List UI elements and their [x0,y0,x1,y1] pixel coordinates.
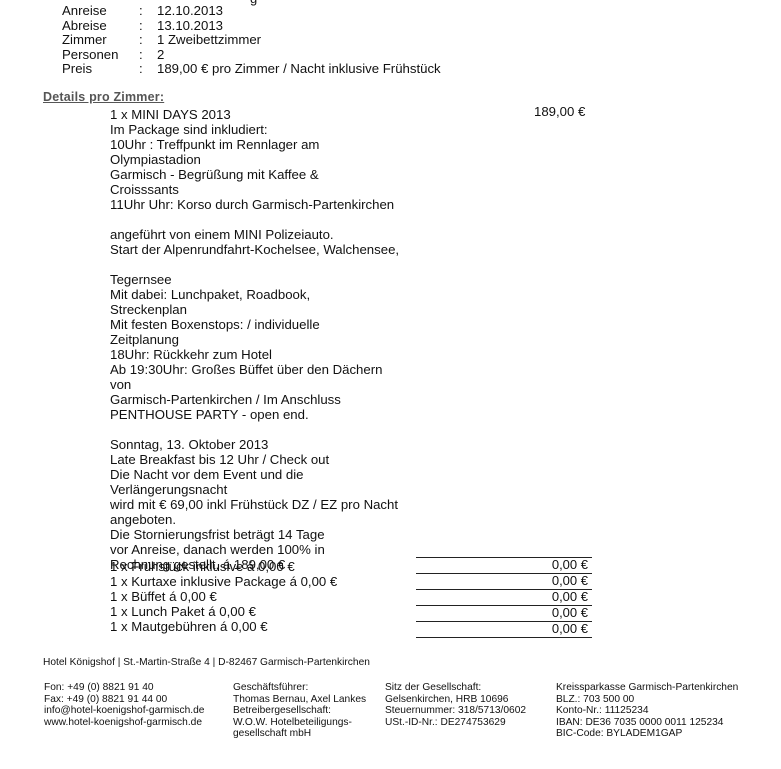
booking-value: 12.10.2013 [157,3,223,18]
line-item-amount: 0,00 € [552,558,588,572]
footer-bank-line: Kreissparkasse Garmisch-Partenkirchen [556,682,738,694]
package-line: Mit dabei: Lunchpaket, Roadbook, [110,287,399,302]
package-line: von [110,377,399,392]
footer-management-line: Geschäftsführer: [233,682,366,694]
amount-row: 0,00 € [416,557,592,573]
package-line: vor Anreise, danach werden 100% in [110,542,399,557]
package-line: Die Stornierungsfrist beträgt 14 Tage [110,527,399,542]
booking-label: Preis [62,61,92,76]
footer-company-line: Sitz der Gesellschaft: [385,682,526,694]
footer-contact-line: www.hotel-koenigshof-garmisch.de [44,717,204,729]
package-line: 11Uhr Uhr: Korso durch Garmisch-Partenki… [110,197,399,212]
package-line [110,257,399,272]
footer-company-line: Steuernummer: 318/5713/0602 [385,705,526,717]
footer-contact-line: Fon: +49 (0) 8821 91 40 [44,682,204,694]
package-price: 189,00 € [534,104,585,119]
package-line: Garmisch-Partenkirchen / Im Anschluss [110,392,399,407]
footer-company-line: Gelsenkirchen, HRB 10696 [385,694,526,706]
package-line [110,212,399,227]
package-line: Verlängerungsnacht [110,482,399,497]
amount-column: 0,00 €0,00 €0,00 €0,00 €0,00 € [416,557,592,638]
package-line: Start der Alpenrundfahrt-Kochelsee, Walc… [110,242,399,257]
package-line: Die Nacht vor dem Event und die [110,467,399,482]
footer-company: Sitz der Gesellschaft:Gelsenkirchen, HRB… [385,682,526,728]
package-line: Olympiastadion [110,152,399,167]
booking-label: Anreise [62,3,107,18]
line-item-label: 1 x Lunch Paket á 0,00 € [110,604,337,619]
line-item-label: 1 x Kurtaxe inklusive Package á 0,00 € [110,574,337,589]
footer-management-line: Thomas Bernau, Axel Lankes [233,694,366,706]
booking-label: Zimmer [62,32,107,47]
line-item-amount: 0,00 € [552,590,588,604]
cropped-header-fragment: g [250,0,266,2]
package-line: angeführt von einem MINI Polizeiauto. [110,227,399,242]
booking-colon: : [139,32,143,47]
line-item-label: 1 x Mautgebühren á 0,00 € [110,619,337,634]
footer-address: Hotel Königshof | St.-Martin-Straße 4 | … [43,657,370,668]
amount-row: 0,00 € [416,573,592,589]
package-line [110,422,399,437]
details-heading: Details pro Zimmer: [43,90,164,104]
package-line: angeboten. [110,512,399,527]
footer-management: Geschäftsführer:Thomas Bernau, Axel Lank… [233,682,366,740]
package-line: 10Uhr : Treffpunkt im Rennlager am [110,137,399,152]
footer-bank-line: BIC-Code: BYLADEM1GAP [556,728,738,740]
booking-value: 2 [157,47,164,62]
line-item-amount: 0,00 € [552,622,588,636]
package-line: Croisssants [110,182,399,197]
line-item-label: 1 x Büffet á 0,00 € [110,589,337,604]
line-item-amount: 0,00 € [552,606,588,620]
package-line: Ab 19:30Uhr: Großes Büffet über den Däch… [110,362,399,377]
booking-value: 13.10.2013 [157,18,223,33]
line-items: 1 x Frühstück inklusive á 0,00 €1 x Kurt… [110,559,337,634]
footer-management-line: Betreibergesellschaft: [233,705,366,717]
amount-row: 0,00 € [416,589,592,605]
package-line: wird mit € 69,00 inkl Frühstück DZ / EZ … [110,497,399,512]
footer-contact-line: Fax: +49 (0) 8821 91 44 00 [44,694,204,706]
booking-colon: : [139,3,143,18]
footer-company-line: USt.-ID-Nr.: DE274753629 [385,717,526,729]
amount-rule [416,637,592,638]
footer-bank-line: BLZ.: 703 500 00 [556,694,738,706]
footer-bank-line: Konto-Nr.: 11125234 [556,705,738,717]
footer-management-line: W.O.W. Hotelbeteiligungs- [233,717,366,729]
booking-label: Abreise [62,18,107,33]
booking-colon: : [139,61,143,76]
footer-contact-line: info@hotel-koenigshof-garmisch.de [44,705,204,717]
booking-value: 189,00 € pro Zimmer / Nacht inklusive Fr… [157,61,441,76]
package-line: Streckenplan [110,302,399,317]
package-line: Sonntag, 13. Oktober 2013 [110,437,399,452]
package-line: PENTHOUSE PARTY - open end. [110,407,399,422]
package-line: 1 x MINI DAYS 2013 [110,107,399,122]
amount-row: 0,00 € [416,621,592,637]
package-line: Mit festen Boxenstops: / individuelle [110,317,399,332]
package-line: Zeitplanung [110,332,399,347]
footer-management-line: gesellschaft mbH [233,728,366,740]
line-item-amount: 0,00 € [552,574,588,588]
booking-value: 1 Zweibettzimmer [157,32,261,47]
footer-contact: Fon: +49 (0) 8821 91 40Fax: +49 (0) 8821… [44,682,204,728]
package-line: Late Breakfast bis 12 Uhr / Check out [110,452,399,467]
package-line: Tegernsee [110,272,399,287]
package-description: 1 x MINI DAYS 2013Im Package sind inklud… [110,107,399,572]
footer-bank: Kreissparkasse Garmisch-PartenkirchenBLZ… [556,682,738,740]
booking-label: Personen [62,47,118,62]
amount-row: 0,00 € [416,605,592,621]
line-item-label: 1 x Frühstück inklusive á 0,00 € [110,559,337,574]
booking-colon: : [139,47,143,62]
package-line: 18Uhr: Rückkehr zum Hotel [110,347,399,362]
footer-bank-line: IBAN: DE36 7035 0000 0011 125234 [556,717,738,729]
package-line: Im Package sind inkludiert: [110,122,399,137]
package-line: Garmisch - Begrüßung mit Kaffee & [110,167,399,182]
booking-colon: : [139,18,143,33]
